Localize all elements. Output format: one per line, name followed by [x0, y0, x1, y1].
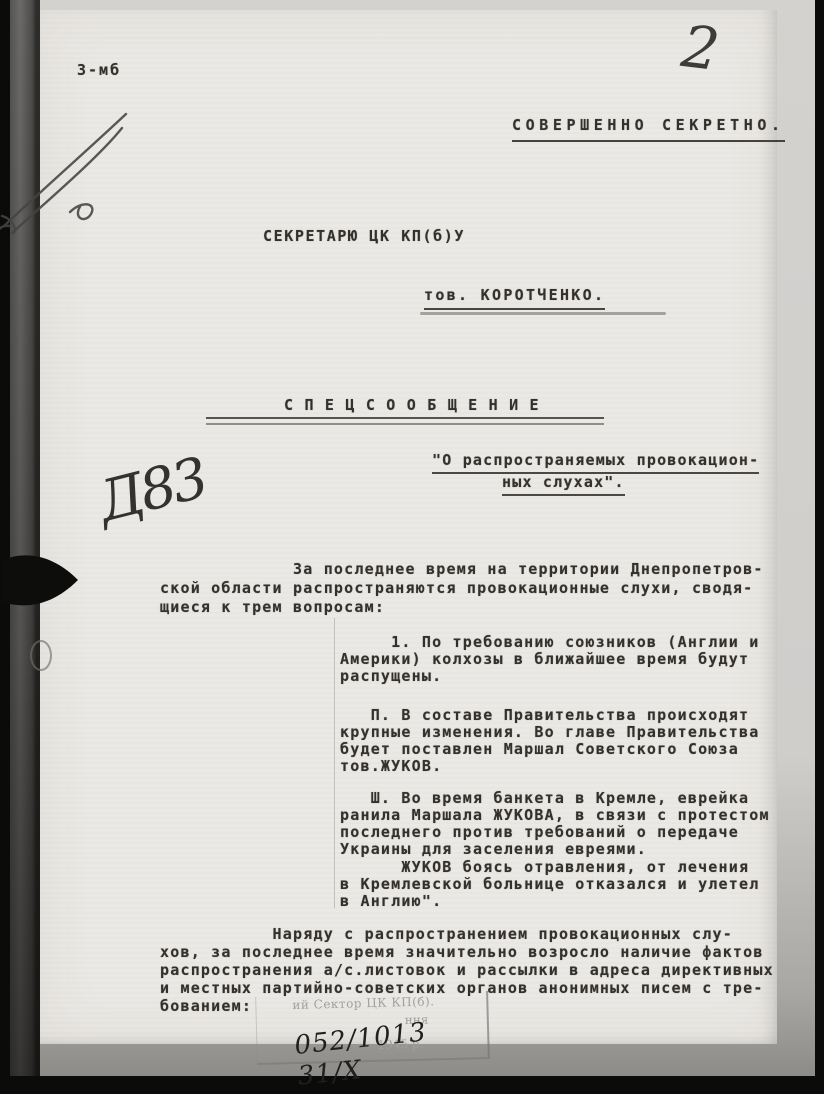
- intro-paragraph: За последнее время на территории Днепроп…: [160, 560, 764, 617]
- rumor-item-3-continuation: ЖУКОВ боясь отравления, от лечения в Кре…: [340, 859, 759, 910]
- title-underline: [206, 417, 604, 425]
- stamp-line-1: ий Сектор ЦК КП(б).: [292, 994, 435, 1012]
- binding-clip-artifact: [2, 550, 84, 614]
- document-title: С П Е Ц С О О Б Щ Е Н И Е: [284, 396, 540, 415]
- rumor-item-1: 1. По требованию союзников (Англии и Аме…: [340, 634, 759, 685]
- subject-line-1: "О распространяемых провокацион-: [432, 451, 759, 474]
- underline-smear: [420, 312, 666, 315]
- rumor-item-2: П. В составе Правительства происходят кр…: [340, 707, 759, 775]
- subject-line-2: ных слухах".: [502, 473, 625, 496]
- rumor-item-3: Ш. Во время банкета в Кремле, еврейка ра…: [340, 790, 770, 858]
- addressee-line: СЕКРЕТАРЮ ЦК КП(б)У: [263, 227, 465, 246]
- binding-ring-artifact: [30, 640, 52, 671]
- signature-scribble: [0, 84, 140, 234]
- vertical-crease-line: [334, 618, 335, 908]
- classification-heading: СОВЕРШЕННО СЕКРЕТНО.: [512, 116, 785, 142]
- scan-right-edge: [815, 0, 824, 1094]
- addressee-name: тов. КОРОТЧЕНКО.: [424, 286, 605, 310]
- filing-code: З-мб: [77, 61, 121, 80]
- scanned-document: З-мб СОВЕРШЕННО СЕКРЕТНО. СЕКРЕТАРЮ ЦК К…: [0, 0, 824, 1094]
